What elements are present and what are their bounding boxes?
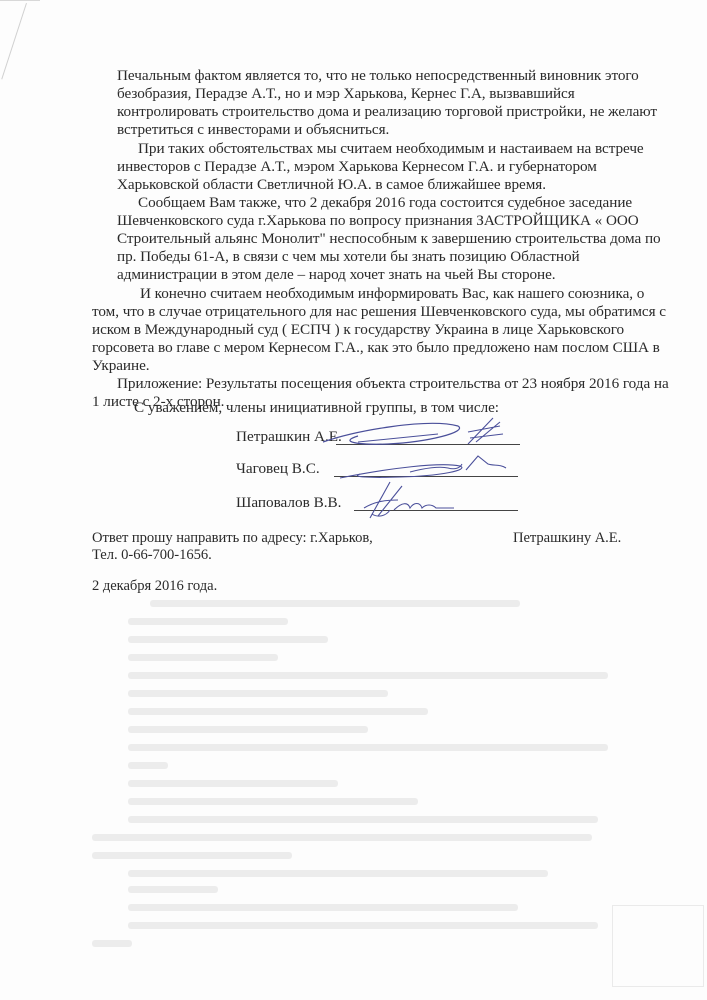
reply-recipient: Петрашкину А.Е.	[513, 529, 621, 547]
text-line: контролировать строительство дома и реал…	[117, 103, 657, 121]
handwritten-signature	[318, 412, 518, 452]
text-line: безобразия, Перадзе А.Т., но и мэр Харьк…	[117, 85, 575, 103]
text-line: иском в Международный суд ( ЕСПЧ ) к гос…	[92, 321, 624, 339]
reply-phone: Тел. 0-66-700-1656.	[92, 546, 212, 564]
text-line: горсовета во главе с мером Кернесом Г.А.…	[92, 339, 660, 357]
text-line: встретиться с инвесторами и объясниться.	[117, 121, 389, 139]
scan-edge-mark	[0, 0, 40, 81]
text-line: Харьковской области Светличной Ю.А. в са…	[117, 176, 546, 194]
text-line: инвесторов с Перадзе А.Т., мэром Харьков…	[117, 158, 597, 176]
document-page: Печальным фактом является то, что не тол…	[0, 0, 707, 1000]
text-line: Украине.	[92, 357, 150, 375]
document-date: 2 декабря 2016 года.	[92, 577, 217, 595]
handwritten-signature	[350, 478, 470, 520]
text-line: Приложение: Результаты посещения объекта…	[117, 375, 669, 393]
text-line: При таких обстоятельствах мы считаем нео…	[138, 140, 644, 158]
text-line: Сообщаем Вам также, что 2 декабря 2016 г…	[138, 194, 632, 212]
text-line: Шевченковского суда г.Харькова по вопрос…	[117, 212, 639, 230]
signatory-name: Чаговец В.С.	[236, 460, 320, 478]
text-line: администрации в этом деле – народ хочет …	[117, 266, 556, 284]
text-line: том, что в случае отрицательного для нас…	[92, 303, 666, 321]
text-line: Печальным фактом является то, что не тол…	[117, 67, 639, 85]
signatory-name: Шаповалов В.В.	[236, 494, 341, 512]
text-line: И конечно считаем необходимым информиров…	[140, 285, 644, 303]
text-line: Строительный альянс Монолит" неспособным…	[117, 230, 661, 248]
reply-address: Ответ прошу направить по адресу: г.Харьк…	[92, 529, 373, 547]
text-line: пр. Победы 61-А, в связи с чем мы хотели…	[117, 248, 580, 266]
